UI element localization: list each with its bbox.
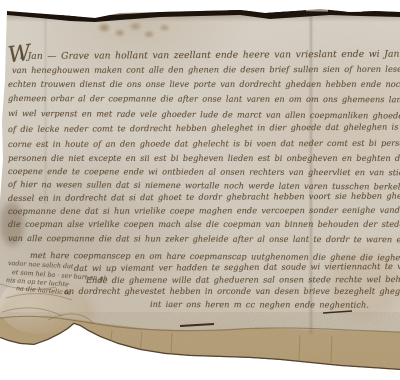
manuscript-line: i Jan — Grave van hollant van zeellant e… (20, 48, 400, 62)
manuscript-line: of die lecke neder comt te dordrecht heb… (8, 121, 400, 134)
manuscript-text: W i Jan — Grave van hollant van zeellant… (0, 0, 400, 380)
manuscript-line: coepene ende te coepene ende wi ontbiede… (8, 166, 400, 177)
manuscript-line: int iaer ons heren m cc neghen ende negh… (150, 299, 369, 310)
manuscript-line: ghemeen orbar al der coepmanne die after… (8, 93, 400, 104)
manuscript-line: of hier na wesen sullen dat si niemene w… (8, 179, 400, 192)
manuscript-line: van alle coepmanne die dat si hun zeker … (8, 233, 400, 244)
manuscript-line: corne est in houte of an den ghoede dat … (8, 138, 400, 149)
manuscript-line: dat wi up viemant ver hadden te segghen … (74, 261, 400, 273)
manuscript-line: van heneghouwen maken cont alle den ghen… (12, 64, 400, 75)
manuscript-line: an dordrecht ghevestet hebben in orconde… (64, 286, 400, 296)
manuscript-line: Ende die ghemene wille dat ghedueren sal… (86, 274, 400, 285)
manuscript-line: die coepman alse vrielike coepen mach al… (8, 219, 400, 229)
manuscript-line: dessel en in dordrecht dat si dat ghoet … (8, 190, 400, 203)
manuscript-line: personen die niet excepte en sii est bi … (8, 153, 400, 163)
parchment: W i Jan — Grave van hollant van zeellant… (0, 0, 400, 380)
manuscript-line: echten trouwen dienst die ons onse lieve… (8, 79, 400, 89)
manuscript-line: coepmanne dene dat si hun vrielike coepe… (8, 205, 400, 216)
manuscript-photo: W i Jan — Grave van hollant van zeellant… (0, 0, 400, 380)
manuscript-line: wi wel verpenst en met rade vele ghoeder… (8, 108, 400, 121)
